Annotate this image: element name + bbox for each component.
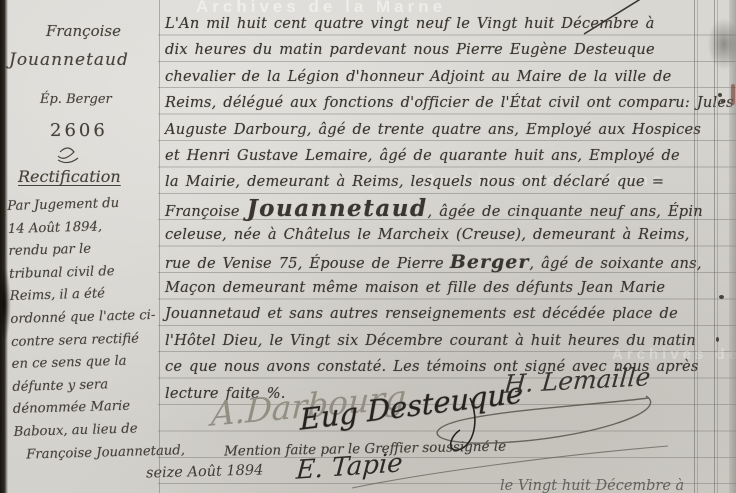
ink-speck <box>721 100 724 103</box>
act-line: Auguste Darbourg, âgé de trente quatre a… <box>165 117 701 143</box>
margin-divider-line <box>159 0 160 493</box>
margin-spouse-note: Ép. Berger <box>40 92 112 107</box>
ink-speck <box>719 295 724 299</box>
act-line-deceased-name: FrançoiseJouannetaud, âgée de cinquante … <box>165 196 703 222</box>
signature-clerk: E. Tapie <box>295 448 404 486</box>
right-margin-line-1 <box>694 0 695 493</box>
act-line: Maçon demeurant même maison et fille des… <box>165 275 665 301</box>
margin-column: Françoise Jouannetaud Ép. Berger 2606 Re… <box>0 0 160 493</box>
right-margin-line-2b <box>717 0 718 493</box>
margin-deceased-surname: Jouannetaud <box>9 50 129 70</box>
act-line: et Henri Gustave Lemaire, âgé de quarant… <box>165 143 680 169</box>
corner-smudge <box>706 16 736 72</box>
act-text: , âgé de soixante ans, <box>529 255 701 272</box>
spouse-surname-emphasis: Berger <box>450 251 530 273</box>
ink-speck <box>718 93 722 97</box>
rectification-heading: Rectification <box>18 167 121 186</box>
binding-shadow <box>0 0 8 493</box>
act-line: dix heures du matin pardevant nous Pierr… <box>165 37 655 63</box>
act-line: Jouannetaud et sans autres renseignement… <box>165 301 678 327</box>
act-text: rue de Venise 75, Épouse de Pierre <box>165 255 444 272</box>
act-line: l'Hôtel Dieu, le Vingt six Décembre cour… <box>165 328 696 354</box>
mention-text-line2: seize Août 1894 <box>146 462 264 481</box>
civil-register-scan: Archives de la Marne Archives de la Marn… <box>0 0 736 493</box>
act-text: , âgée de cinquante neuf ans, Épin <box>428 203 703 220</box>
margin-deceased-firstname: Françoise <box>46 22 121 40</box>
act-line: chevalier de la Légion d'honneur Adjoint… <box>165 64 672 90</box>
binding-ink-blob <box>0 266 11 342</box>
deceased-surname-emphasis: Jouannetaud <box>247 195 428 222</box>
act-number: 2606 <box>50 120 108 141</box>
act-line: celeuse, née à Châtelus le Marcheix (Cre… <box>165 222 690 248</box>
act-text: Françoise <box>165 203 240 220</box>
act-line: la Mairie, demeurant à Reims, lesquels n… <box>165 169 664 195</box>
act-line-spouse-name: rue de Venise 75, Épouse de PierreBerger… <box>165 249 702 275</box>
right-margin-line-2 <box>714 0 715 493</box>
act-line: L'An mil huit cent quatre vingt neuf le … <box>165 11 655 37</box>
right-margin-line-1b <box>697 0 698 493</box>
ink-speck <box>716 337 719 342</box>
next-act-fragment: le Vingt huit Décembre à <box>500 478 684 493</box>
act-line: Reims, délégué aux fonctions d'officier … <box>165 90 734 116</box>
page-right-edge <box>729 0 736 493</box>
red-edge-mark <box>731 84 735 105</box>
